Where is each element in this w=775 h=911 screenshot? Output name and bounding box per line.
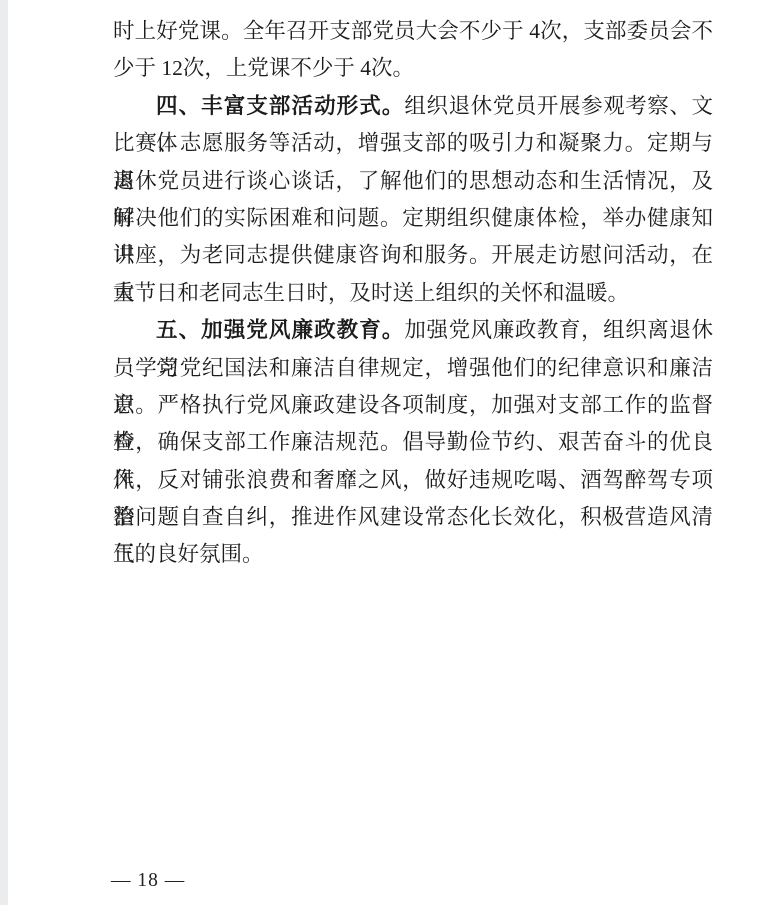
text-line: 比赛、志愿服务等活动，增强支部的吸引力和凝聚力。定期与离 [113, 125, 713, 162]
text-line: 查，确保支部工作廉洁规范。倡导勤俭节约、艰苦奋斗的优良作 [113, 424, 713, 461]
text-line: 治问题自查自纠，推进作风建设常态化长效化，积极营造风清气 [113, 499, 713, 536]
text-line: 时上好党课。全年召开支部党员大会不少于 4次，支部委员会不 [113, 13, 713, 50]
text-line: 五、加强党风廉政教育。加强党风廉政教育，组织离退休党 [113, 312, 713, 349]
text-line: 正的良好氛围。 [113, 536, 713, 573]
text-line: 少于 12次，上党课不少于 4次。 [113, 50, 713, 87]
text-line: 员学习党纪国法和廉洁自律规定，增强他们的纪律意识和廉洁意 [113, 350, 713, 387]
scan-edge-strip [0, 0, 8, 905]
text-line: 识。严格执行党风廉政建设各项制度，加强对支部工作的监督检 [113, 387, 713, 424]
text-line: 退休党员进行谈心谈话，了解他们的思想动态和生活情况，及时 [113, 163, 713, 200]
text-line: 解决他们的实际困难和问题。定期组织健康体检，举办健康知识 [113, 200, 713, 237]
document-text-block: 时上好党课。全年召开支部党员大会不少于 4次，支部委员会不少于 12次，上党课不… [113, 13, 713, 574]
text-line: 风，反对铺张浪费和奢靡之风，做好违规吃喝、酒驾醉驾专项整 [113, 462, 713, 499]
text-line: 大节日和老同志生日时，及时送上组织的关怀和温暖。 [113, 275, 713, 312]
text-line: 四、丰富支部活动形式。组织退休党员开展参观考察、文体 [113, 88, 713, 125]
section-heading: 五、加强党风廉政教育。 [156, 318, 404, 342]
page-number: — 18 — [111, 870, 185, 892]
section-heading: 四、丰富支部活动形式。 [156, 94, 404, 118]
text-line: 讲座，为老同志提供健康咨询和服务。开展走访慰问活动，在重 [113, 237, 713, 274]
document-page: 时上好党课。全年召开支部党员大会不少于 4次，支部委员会不少于 12次，上党课不… [0, 0, 775, 911]
